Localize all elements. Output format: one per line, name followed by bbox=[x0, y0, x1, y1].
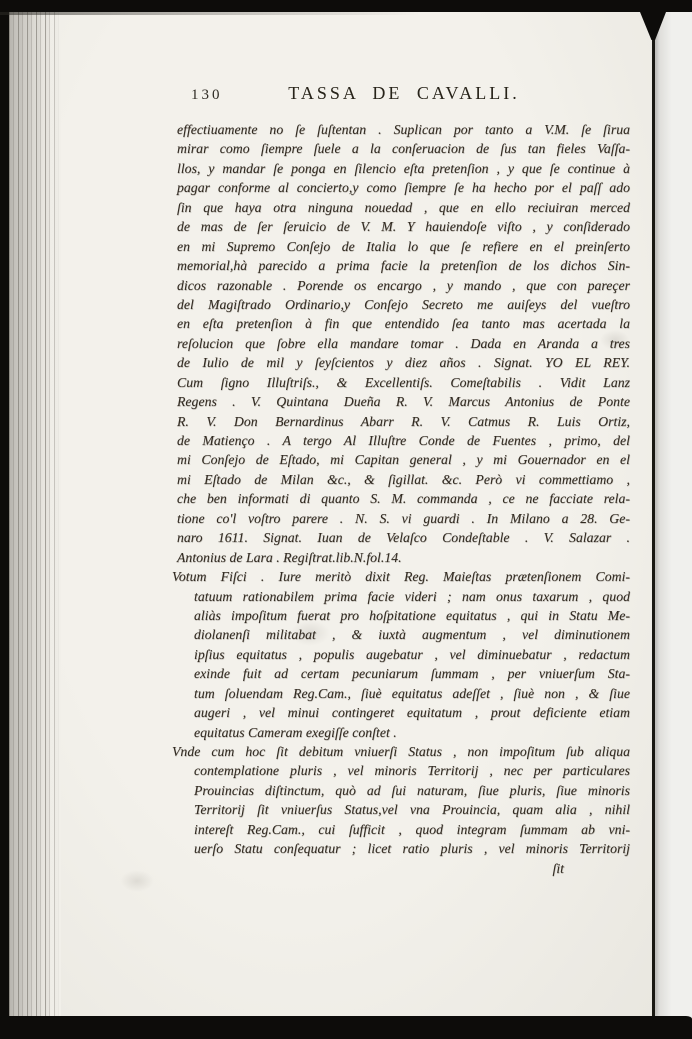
text-line: Regens . V. Quintana Dueña R. V. Marcus … bbox=[172, 392, 630, 411]
text-line: de Iulio de mil y ſeyſcientos y diez año… bbox=[172, 353, 630, 372]
text-line: tione co'l voſtro parere . N. S. vi guar… bbox=[172, 509, 630, 528]
text-line: Cum ſigno Illuſtriſs., & Excellentiſs. C… bbox=[172, 373, 630, 392]
text-line: mi Conſejo de Eſtado, mi Capitan general… bbox=[172, 450, 630, 469]
scan-right-margin bbox=[655, 12, 692, 1016]
paragraph-memorial: effectiuamente no ſe ſuſtentan . Suplica… bbox=[172, 120, 630, 567]
text-line: diolanenſi militabat , & iuxtà augmentum… bbox=[172, 625, 630, 644]
scan-top-border bbox=[0, 0, 692, 12]
text-line: ſin que haya otra ninguna nouedad , que … bbox=[172, 198, 630, 217]
text-line: ipſius equitatus , populis augebatur , v… bbox=[172, 645, 630, 664]
text-line: dicos razonable . Porende os encargo , y… bbox=[172, 276, 630, 295]
text-line: mirar como ſiempre ſuele a la conſeruaci… bbox=[172, 139, 630, 158]
text-line: de mas de ſer ſeruicio de V. M. Y hauien… bbox=[172, 217, 630, 236]
text-line: mi Eſtado de Milan &c., & ſigillat. &c. … bbox=[172, 470, 630, 489]
text-line: contemplatione pluris , vel minoris Terr… bbox=[172, 761, 630, 780]
text-line: tum ſoluendam Reg.Cam., ſiuè equitatus a… bbox=[172, 684, 630, 703]
text-line: reſolucion que ſobre ella mandare tomar … bbox=[172, 334, 630, 353]
text-line: Antonius de Lara . Regiſtrat.lib.N.fol.1… bbox=[172, 548, 630, 567]
text-line: pagar conforme al concierto,y como ſiemp… bbox=[172, 178, 630, 197]
text-line: en mi Supremo Conſejo de Italia lo que ſ… bbox=[172, 237, 630, 256]
text-line: del Magiſtrado Ordinario,y Conſejo Secre… bbox=[172, 295, 630, 314]
text-line: exinde fuit ad certam pecuniarum ſummam … bbox=[172, 664, 630, 683]
scan-bottom-border bbox=[0, 1016, 692, 1039]
text-line: llos, y mandar ſe ponga en ſilencio eſta… bbox=[172, 159, 630, 178]
book-scan: 130 TASSA DE CAVALLI. effectiuamente no … bbox=[0, 0, 692, 1039]
text-line: R. V. Don Bernardinus Abarr R. V. Catmus… bbox=[172, 412, 630, 431]
text-block: effectiuamente no ſe ſuſtentan . Suplica… bbox=[172, 120, 630, 878]
page-right-edge-line bbox=[652, 12, 655, 1016]
text-line: naro 1611. Signat. Iuan de Velaſco Conde… bbox=[172, 528, 630, 547]
text-line: equitatus Cameram exegiſſe conſtet . bbox=[172, 723, 630, 742]
text-line: intereſt Reg.Cam., cui ſufficit , quod i… bbox=[172, 820, 630, 839]
text-line: Prouincias diſtinctum, quò ad ſui natura… bbox=[172, 781, 630, 800]
text-line: che ben informati di quanto S. M. comman… bbox=[172, 489, 630, 508]
text-line: memorial,hà parecido a prima facie la pr… bbox=[172, 256, 630, 275]
paragraph-vnde: Vnde cum hoc ſit debitum vniuerſi Status… bbox=[172, 742, 630, 859]
text-line: effectiuamente no ſe ſuſtentan . Suplica… bbox=[172, 120, 630, 139]
text-line: Votum Fiſci . Iure meritò dixit Reg. Mai… bbox=[172, 567, 630, 586]
text-line: uerſo Statu conſequatur ; licet ratio pl… bbox=[172, 839, 630, 858]
text-line: aliàs impoſitum fuerat pro hoſpitatione … bbox=[172, 606, 630, 625]
page-edge-stack bbox=[9, 11, 61, 1016]
paragraph-votum-fisci: Votum Fiſci . Iure meritò dixit Reg. Mai… bbox=[172, 567, 630, 742]
text-line: Territorij ſit vniuerſus Status,vel vna … bbox=[172, 800, 630, 819]
scan-smudge bbox=[120, 870, 154, 892]
running-title: TASSA DE CAVALLI. bbox=[175, 83, 633, 104]
text-line: en eſta pretenſion à fin que entendido ſ… bbox=[172, 314, 630, 333]
book-spine-edge bbox=[0, 0, 9, 1039]
text-line: Vnde cum hoc ſit debitum vniuerſi Status… bbox=[172, 742, 630, 761]
text-line: augeri , vel minui contingeret equitatum… bbox=[172, 703, 630, 722]
catchword: ſit bbox=[172, 859, 630, 878]
text-line: tatuum rationabilem prima facie videri ;… bbox=[172, 587, 630, 606]
text-line: de Matienço . A tergo Al Illuſtre Conde … bbox=[172, 431, 630, 450]
